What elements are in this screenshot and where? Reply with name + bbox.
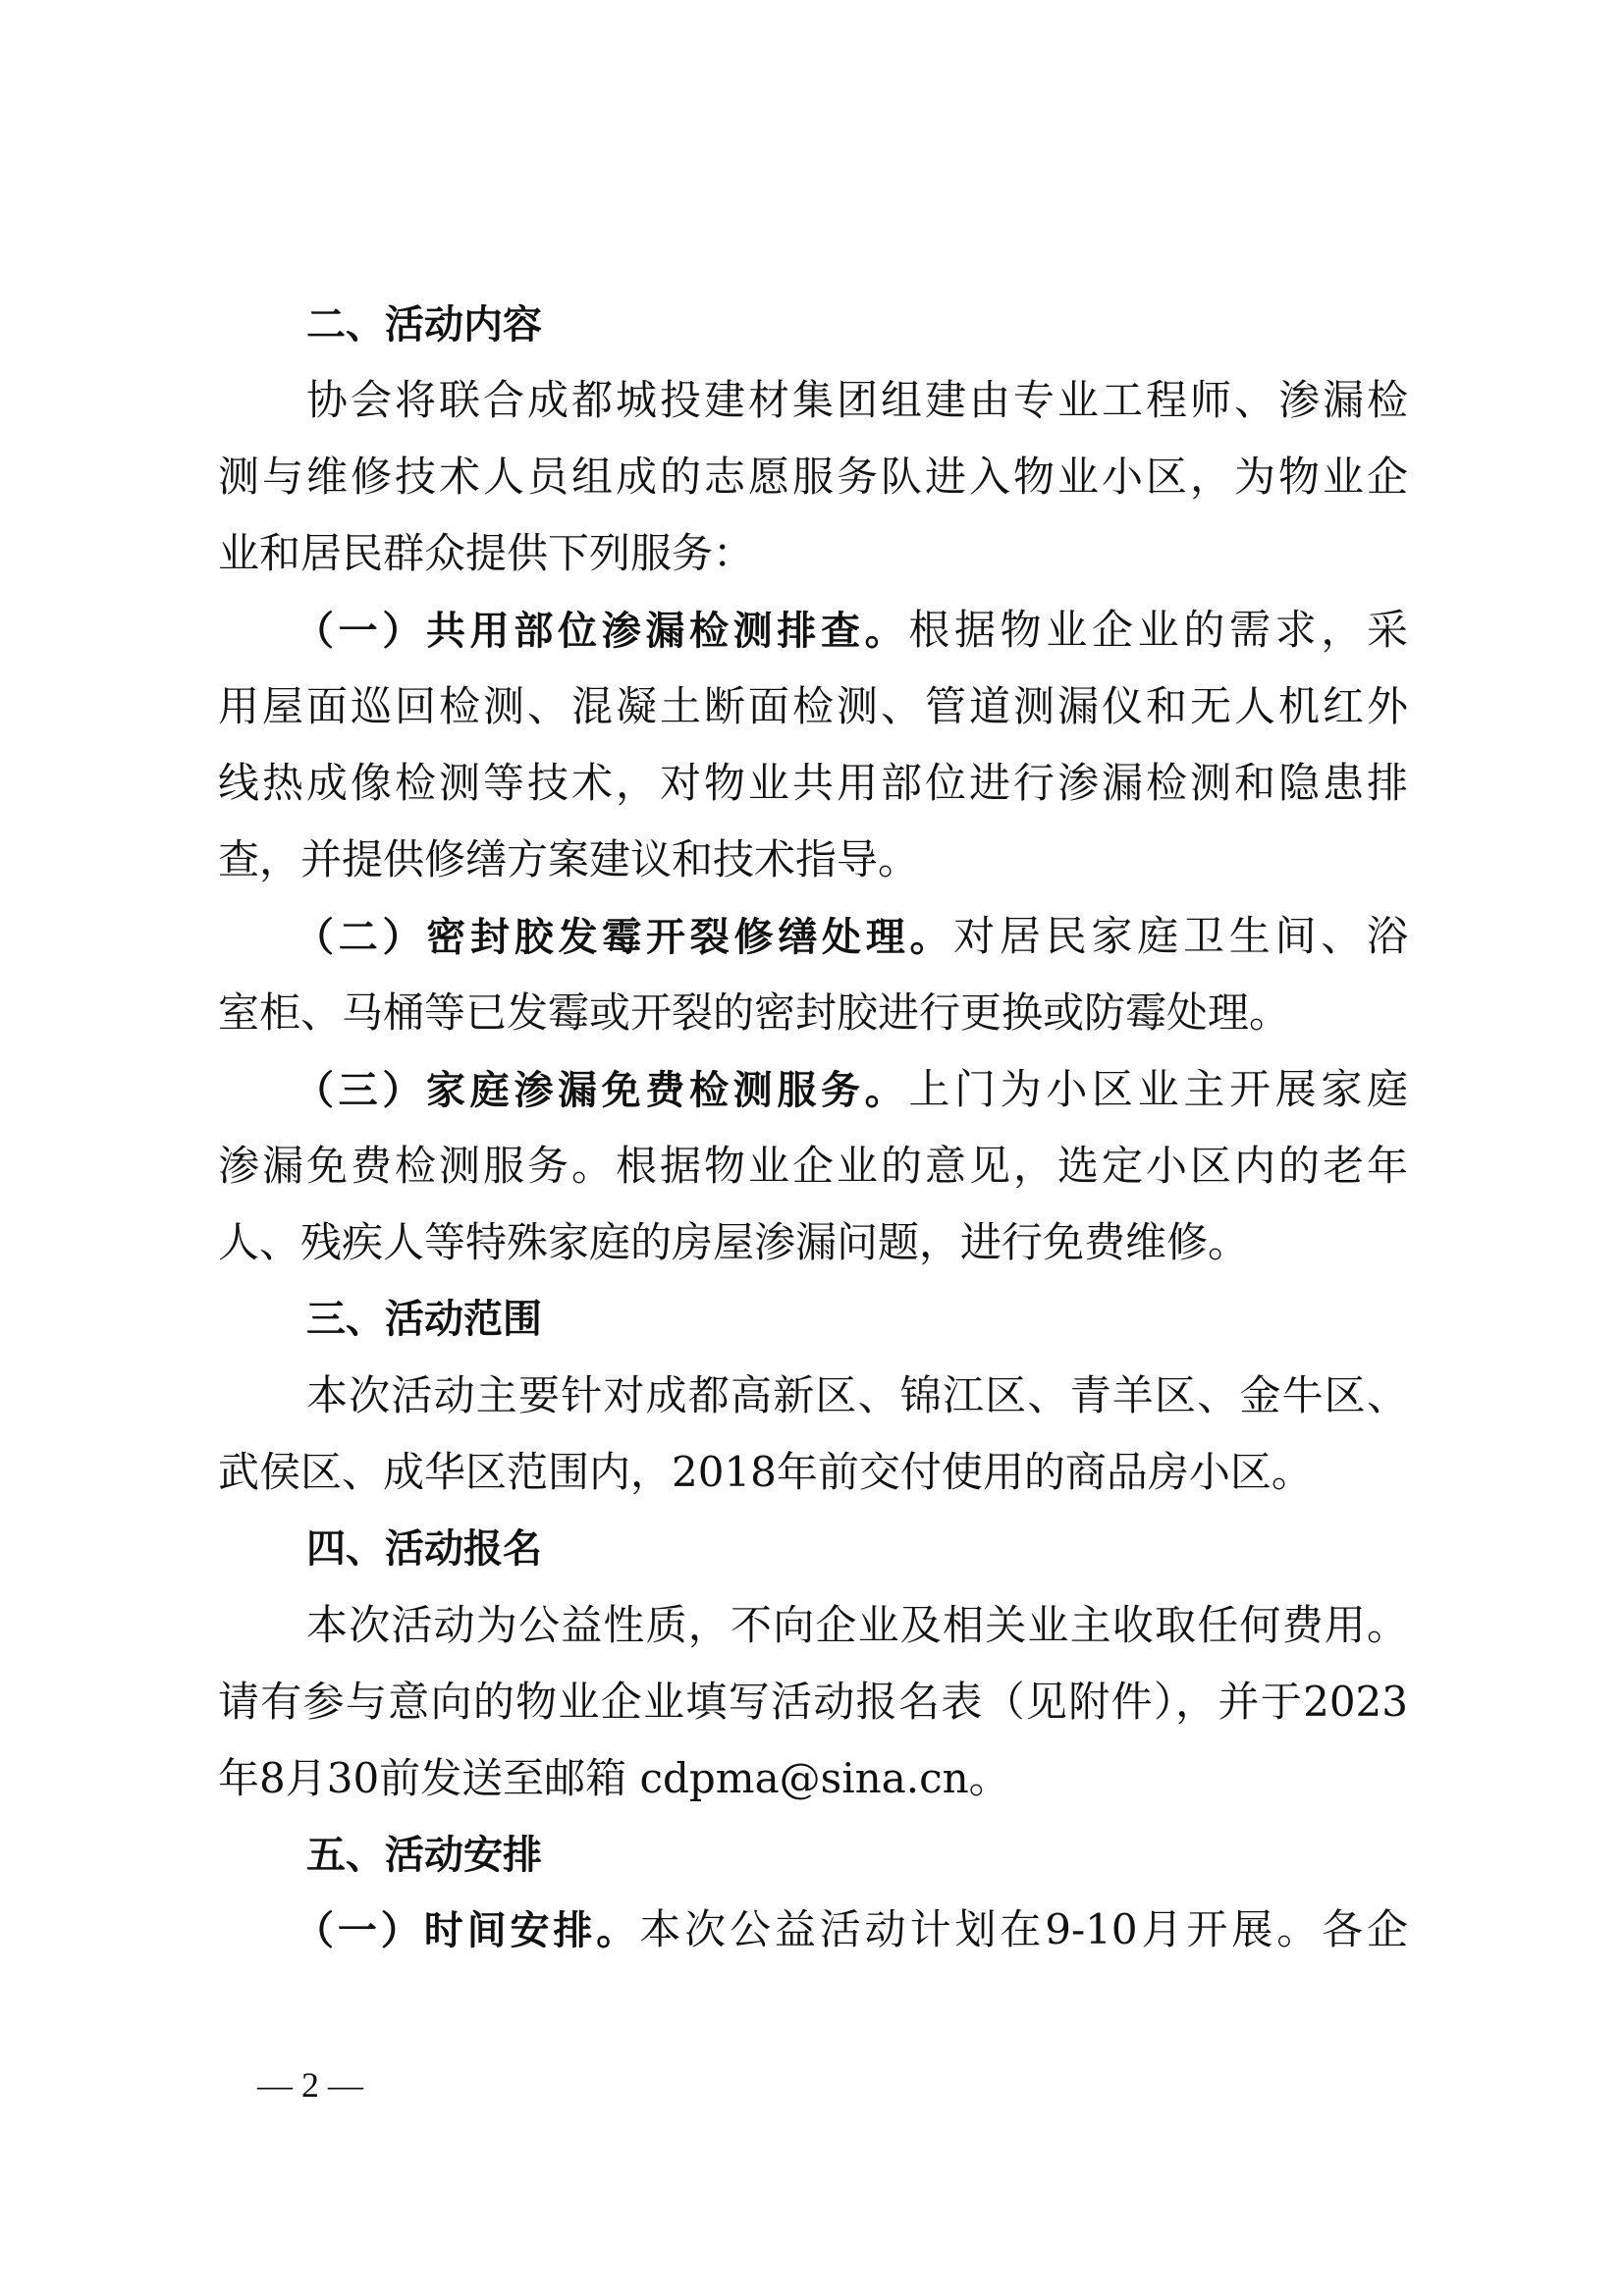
paragraph-line: 渗漏免费检测服务。根据物业企业的意见，选定小区内的老年 (218, 1128, 1408, 1204)
paragraph-line: 查，并提供修缮方案建议和技术指导。 (218, 822, 1408, 898)
paragraph-line: 本次活动主要针对成都高新区、锦江区、青羊区、金牛区、 (306, 1358, 1408, 1434)
item-text: 上门为小区业主开展家庭 (908, 1065, 1408, 1113)
document-page: 二、活动内容 协会将联合成都城投建材集团组建由专业工程师、渗漏检 测与维修技术人… (0, 0, 1624, 2296)
item-text: 本次公益活动计划在9-10月开展。各企 (639, 1905, 1408, 1953)
item-line: （二）密封胶发霉开裂修缮处理。对居民家庭卫生间、浴 (295, 898, 1408, 975)
section-heading-scope: 三、活动范围 (306, 1281, 542, 1358)
paragraph-line: 业和居民群众提供下列服务： (218, 515, 1408, 592)
item-text: 根据物业企业的需求，采 (908, 606, 1408, 654)
item-title: （一）共用部位渗漏检测排查。 (295, 609, 908, 654)
page-number: — 2 — (257, 2061, 363, 2109)
paragraph-line: 室柜、马桶等已发霉或开裂的密封胶进行更换或防霉处理。 (218, 975, 1408, 1051)
item-title: （一）时间安排。 (295, 1908, 639, 1953)
item-title: （三）家庭渗漏免费检测服务。 (295, 1068, 908, 1113)
paragraph-line: 用屋面巡回检测、混凝土断面检测、管道测漏仪和无人机红外 (218, 668, 1408, 745)
paragraph-line: 年8月30前发送至邮箱 cdpma@sina.cn。 (218, 1740, 1408, 1817)
paragraph-line: 本次活动为公益性质，不向企业及相关业主收取任何费用。 (306, 1587, 1408, 1664)
item-text: 对居民家庭卫生间、浴 (953, 912, 1408, 960)
paragraph-line: 协会将联合成都城投建材集团组建由专业工程师、渗漏检 (306, 362, 1408, 439)
item-line: （一）时间安排。本次公益活动计划在9-10月开展。各企 (295, 1892, 1408, 1968)
section-heading-arrangement: 五、活动安排 (306, 1817, 542, 1894)
paragraph-line: 武侯区、成华区范围内，2018年前交付使用的商品房小区。 (218, 1434, 1408, 1511)
item-title: （二）密封胶发霉开裂修缮处理。 (295, 915, 953, 960)
section-heading-registration: 四、活动报名 (306, 1511, 542, 1587)
item-line: （一）共用部位渗漏检测排查。根据物业企业的需求，采 (295, 592, 1408, 668)
paragraph-line: 线热成像检测等技术，对物业共用部位进行渗漏检测和隐患排 (218, 745, 1408, 822)
paragraph-line: 请有参与意向的物业企业填写活动报名表（见附件），并于2023 (218, 1664, 1408, 1740)
item-line: （三）家庭渗漏免费检测服务。上门为小区业主开展家庭 (295, 1051, 1408, 1128)
section-heading-content: 二、活动内容 (306, 287, 542, 363)
paragraph-line: 测与维修技术人员组成的志愿服务队进入物业小区，为物业企 (218, 439, 1408, 515)
paragraph-line: 人、残疾人等特殊家庭的房屋渗漏问题，进行免费维修。 (218, 1204, 1408, 1281)
